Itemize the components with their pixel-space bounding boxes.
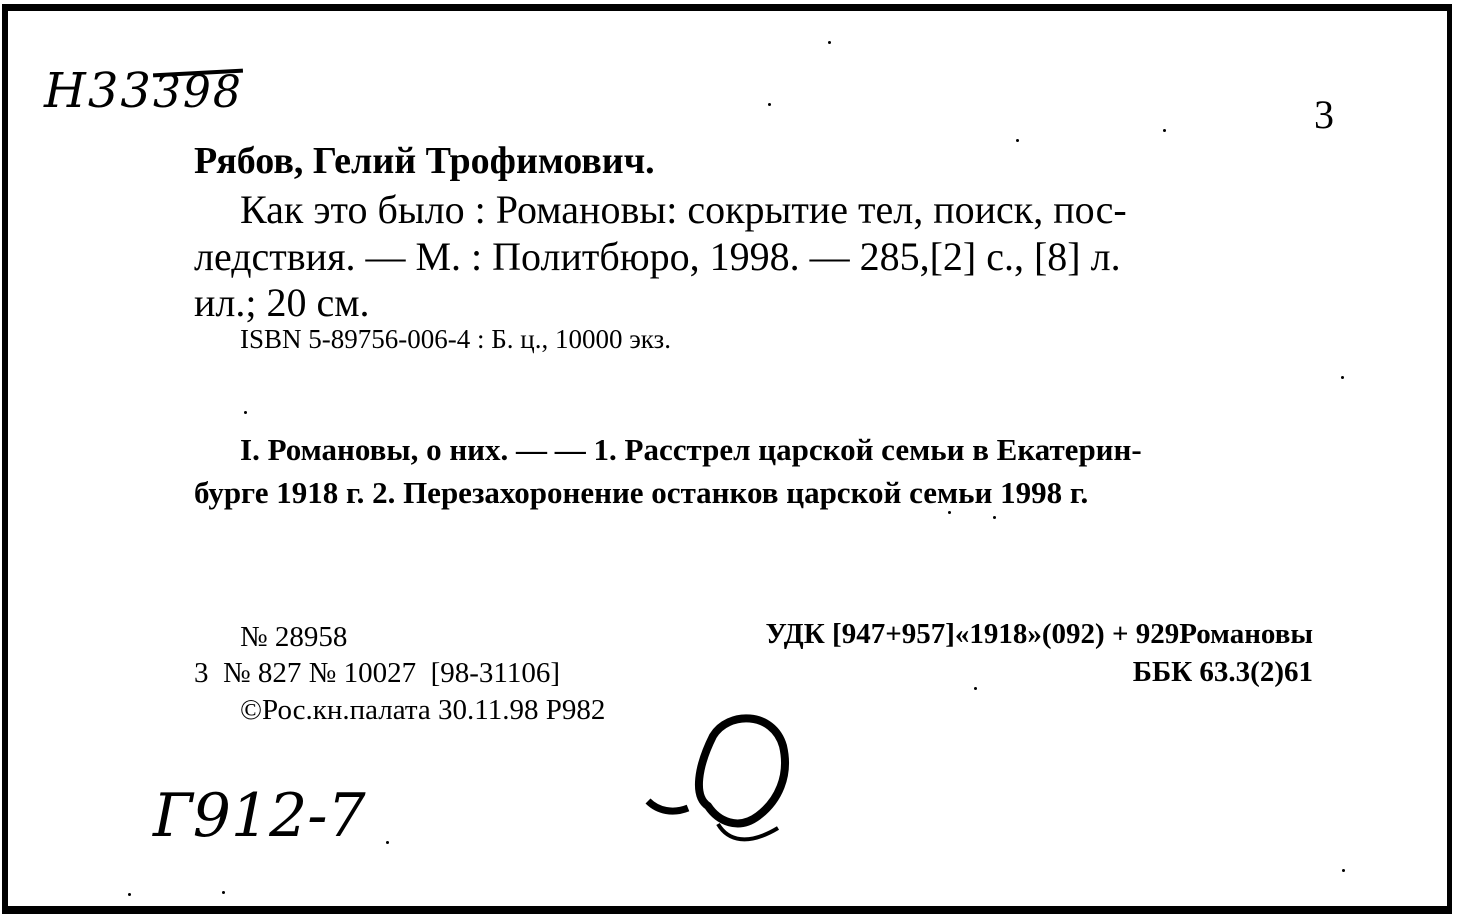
registration-numbers: 3 № 827 № 10027 [98-31106] [194,657,560,690]
udk-code: УДК [947+957]«1918»(092) + 929Романовы [765,618,1313,651]
ink-stamp-mark [638,706,808,856]
record-number: № 28958 [240,621,347,654]
copyright-line: ©Рос.кн.палата 30.11.98 Р982 [240,694,605,727]
tracing-line-2: бурге 1918 г. 2. Перезахоронение останко… [194,475,1088,511]
card-number: 3 [1314,91,1334,138]
handwritten-inventory-note: Г912-7 [153,781,366,851]
isbn-line: ISBN 5-89756-006-4 : Б. ц., 10000 экз. [240,324,671,355]
title-line-2: ледствия. — М. : Политбюро, 1998. — 285,… [194,233,1121,280]
bbk-code: ББК 63.3(2)61 [1133,656,1313,689]
title-line-1: Как это было : Романовы: сокрытие тел, п… [240,186,1127,233]
tracing-line-1: I. Романовы, о них. — — 1. Расстрел царс… [240,432,1142,468]
title-line-3: ил.; 20 см. [194,279,370,326]
author-heading: Рябов, Гелий Трофимович. [194,139,655,183]
shelf-mark-number: 398 [153,67,243,118]
shelf-mark: Н33398 [44,63,243,119]
shelf-mark-prefix: Н33 [44,63,153,119]
catalog-card: Н33398 3 Рябов, Гелий Трофимович. Как эт… [2,4,1452,914]
